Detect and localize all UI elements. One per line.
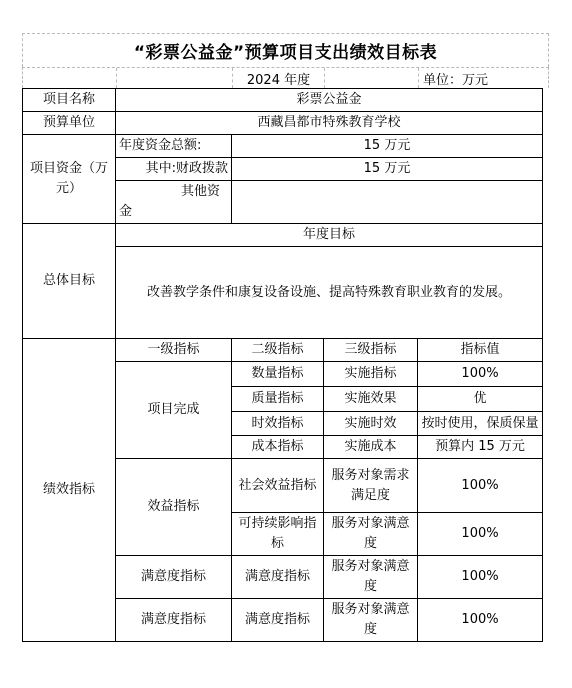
funds-section-label: 项目资金（万元）	[23, 135, 116, 224]
document-title: “彩票公益金”预算项目支出绩效目标表	[22, 33, 549, 67]
level2-indicator: 成本指标	[232, 436, 324, 459]
funds-fiscal-label: 其中:财政拨款	[116, 158, 232, 181]
level3-indicator: 实施指标	[324, 362, 418, 387]
level3-indicator: 服务对象满意度	[324, 556, 418, 599]
level1-project-completion: 项目完成	[116, 362, 232, 459]
project-name-value: 彩票公益金	[116, 89, 543, 112]
table-row: 总体目标 年度目标	[23, 224, 543, 247]
year-row-spacer-3	[324, 68, 418, 88]
year-row-spacer-2	[116, 68, 232, 88]
indicator-value: 100%	[418, 459, 543, 513]
annual-goal-header: 年度目标	[116, 224, 543, 247]
level2-indicator: 社会效益指标	[232, 459, 324, 513]
budget-unit-value: 西藏昌都市特殊教育学校	[116, 112, 543, 135]
year-unit-row: 2024 年度 单位：万元	[22, 67, 549, 88]
level2-indicator: 时效指标	[232, 412, 324, 436]
level2-indicator: 满意度指标	[232, 599, 324, 642]
indicator-value: 100%	[418, 513, 543, 556]
annual-goal-content: 改善教学条件和康复设备设施、提高特殊教育职业教育的发展。	[116, 247, 543, 339]
indicator-value: 100%	[418, 556, 543, 599]
indicator-value: 100%	[418, 362, 543, 387]
funds-other-value	[232, 181, 543, 224]
level3-indicator: 服务对象满意度	[324, 599, 418, 642]
year-row-spacer-1	[23, 68, 116, 88]
budget-unit-label: 预算单位	[23, 112, 116, 135]
indicator-value: 预算内 15 万元	[418, 436, 543, 459]
level2-indicator: 数量指标	[232, 362, 324, 387]
funds-fiscal-value: 15 万元	[232, 158, 543, 181]
performance-target-table: 项目名称 彩票公益金 预算单位 西藏昌都市特殊教育学校 项目资金（万元） 年度资…	[22, 88, 543, 642]
level1-benefit: 效益指标	[116, 459, 232, 556]
level3-indicator: 实施成本	[324, 436, 418, 459]
level3-indicator: 服务对象满意度	[324, 513, 418, 556]
level1-satisfaction: 满意度指标	[116, 556, 232, 599]
budget-performance-document: “彩票公益金”预算项目支出绩效目标表 2024 年度 单位：万元 项目名称 彩票…	[22, 33, 549, 642]
table-row: 项目资金（万元） 年度资金总额: 15 万元	[23, 135, 543, 158]
table-row: 项目名称 彩票公益金	[23, 89, 543, 112]
overall-goal-label: 总体目标	[23, 224, 116, 339]
level3-indicator: 实施时效	[324, 412, 418, 436]
level2-indicator: 可持续影响指标	[232, 513, 324, 556]
table-row: 预算单位 西藏昌都市特殊教育学校	[23, 112, 543, 135]
funds-total-label: 年度资金总额:	[116, 135, 232, 158]
level3-indicator: 服务对象需求满足度	[324, 459, 418, 513]
column-header-value: 指标值	[418, 339, 543, 362]
column-header-level1: 一级指标	[116, 339, 232, 362]
column-header-level3: 三级指标	[324, 339, 418, 362]
unit-label: 单位：万元	[418, 68, 550, 88]
column-header-level2: 二级指标	[232, 339, 324, 362]
level2-indicator: 满意度指标	[232, 556, 324, 599]
performance-section-label: 绩效指标	[23, 339, 116, 642]
funds-other-label: 其他资金	[116, 181, 232, 224]
level3-indicator: 实施效果	[324, 387, 418, 412]
fiscal-year: 2024 年度	[232, 68, 324, 88]
table-row: 绩效指标 一级指标 二级指标 三级指标 指标值	[23, 339, 543, 362]
level1-satisfaction: 满意度指标	[116, 599, 232, 642]
funds-total-value: 15 万元	[232, 135, 543, 158]
level2-indicator: 质量指标	[232, 387, 324, 412]
indicator-value: 优	[418, 387, 543, 412]
project-name-label: 项目名称	[23, 89, 116, 112]
indicator-value: 100%	[418, 599, 543, 642]
indicator-value: 按时使用，保质保量	[418, 412, 543, 436]
